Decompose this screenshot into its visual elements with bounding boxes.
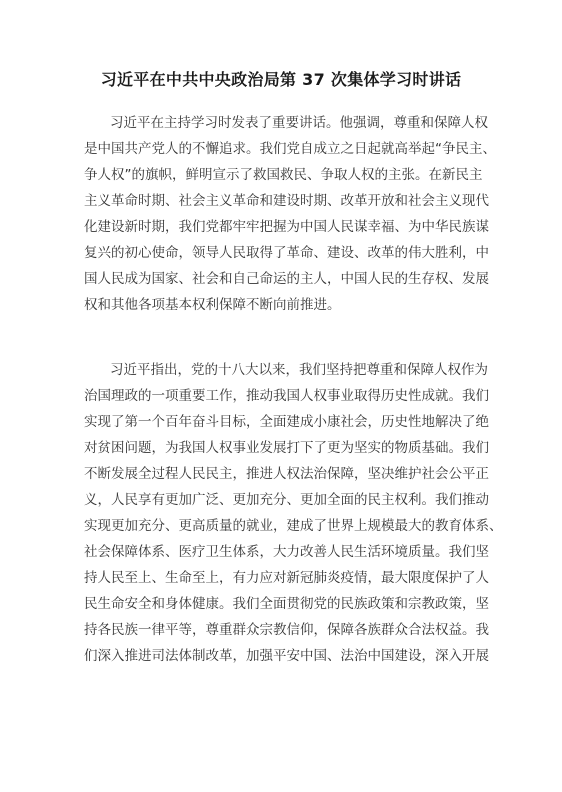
text-line: 权和其他各项基本权利保障不断向前推进。 [84, 292, 478, 318]
text-line: 是中国共产党人的不懈追求。我们党自成立之日起就高举起“争民主、 [84, 136, 478, 162]
text-line: 持各民族一律平等，尊重群众宗教信仰，保障各族群众合法权益。我 [84, 617, 478, 643]
text-line: 习近平在主持学习时发表了重要讲话。他强调，尊重和保障人权 [84, 110, 478, 136]
text-line: 不断发展全过程人民民主，推进人权法治保障，坚决维护社会公平正 [84, 461, 478, 487]
document-page: 习近平在中共中央政治局第 37 次集体学习时讲话 习近平在主持学习时发表了重要讲… [0, 0, 562, 792]
text-line: 复兴的初心使命，领导人民取得了革命、建设、改革的伟大胜利，中 [84, 240, 478, 266]
text-line: 义，人民享有更加广泛、更加充分、更加全面的民主权利。我们推动 [84, 487, 478, 513]
text-line: 社会保障体系、医疗卫生体系，大力改善人民生活环境质量。我们坚 [84, 539, 478, 565]
text-line: 实现更加充分、更高质量的就业，建成了世界上规模最大的教育体系、 [84, 513, 478, 539]
text-line: 争人权”的旗帜，鲜明宣示了救国救民、争取人权的主张。在新民主 [84, 162, 478, 188]
text-line: 化建设新时期，我们党都牢牢把握为中国人民谋幸福、为中华民族谋 [84, 214, 478, 240]
paragraph-1: 习近平在主持学习时发表了重要讲话。他强调，尊重和保障人权 是中国共产党人的不懈追… [84, 110, 478, 318]
text-line: 持人民至上、生命至上，有力应对新冠肺炎疫情，最大限度保护了人 [84, 565, 478, 591]
text-line: 们深入推进司法体制改革，加强平安中国、法治中国建设，深入开展 [84, 643, 478, 669]
text-line: 国人民成为国家、社会和自己命运的主人，中国人民的生存权、发展 [84, 266, 478, 292]
text-line: 民生命安全和身体健康。我们全面贯彻党的民族政策和宗教政策，坚 [84, 591, 478, 617]
document-title: 习近平在中共中央政治局第 37 次集体学习时讲话 [0, 69, 562, 91]
text-line: 习近平指出，党的十八大以来，我们坚持把尊重和保障人权作为 [84, 357, 478, 383]
text-line: 治国理政的一项重要工作，推动我国人权事业取得历史性成就。我们 [84, 383, 478, 409]
text-line: 主义革命时期、社会主义革命和建设时期、改革开放和社会主义现代 [84, 188, 478, 214]
text-line: 实现了第一个百年奋斗目标，全面建成小康社会，历史性地解决了绝 [84, 409, 478, 435]
text-line: 对贫困问题，为我国人权事业发展打下了更为坚实的物质基础。我们 [84, 435, 478, 461]
paragraph-2: 习近平指出，党的十八大以来，我们坚持把尊重和保障人权作为 治国理政的一项重要工作… [84, 357, 478, 669]
